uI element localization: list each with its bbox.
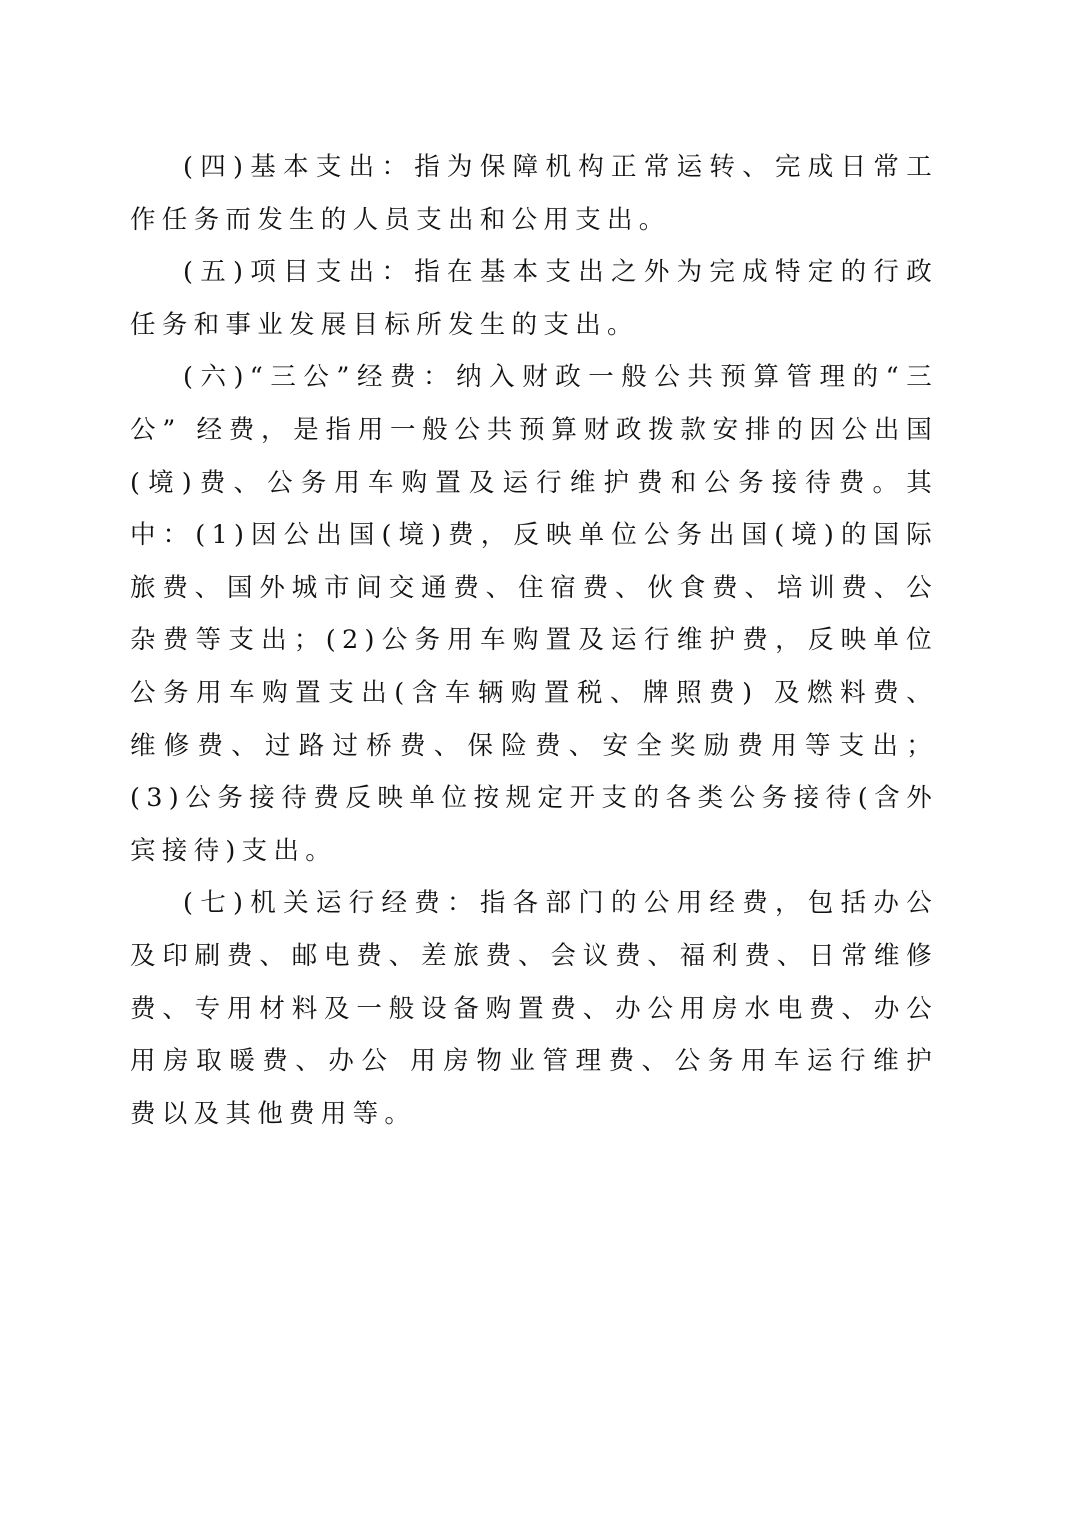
paragraph-basic-expenditure: (四)基本支出：指为保障机构正常运转、完成日常工作任务而发生的人员支出和公用支出… <box>130 141 938 246</box>
document-page: (四)基本支出：指为保障机构正常运转、完成日常工作任务而发生的人员支出和公用支出… <box>130 141 938 1140</box>
paragraph-project-expenditure: (五)项目支出：指在基本支出之外为完成特定的行政任务和事业发展目标所发生的支出。 <box>130 246 938 351</box>
paragraph-three-public-expenses: (六)“三公”经费：纳入财政一般公共预算管理的“三公” 经费，是指用一般公共预算… <box>130 351 938 877</box>
paragraph-agency-operating-expenses: (七)机关运行经费：指各部门的公用经费，包括办公及印刷费、邮电费、差旅费、会议费… <box>130 877 938 1140</box>
